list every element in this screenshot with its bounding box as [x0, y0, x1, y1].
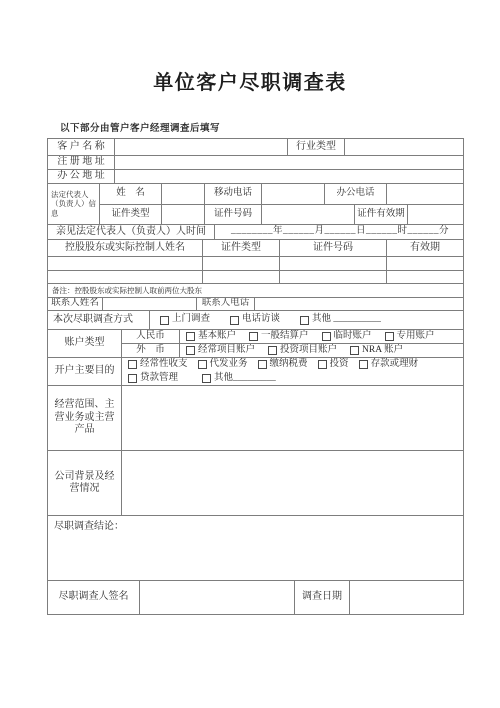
- shareholder-header-row: 控股股东或实际控制人姓名 证件类型 证件号码 有效期: [48, 240, 463, 257]
- checkbox-option: NRA 账户: [350, 345, 403, 357]
- checkbox-icon: [202, 374, 211, 383]
- survey-method-row: 本次尽职调查方式 上门调查 电话访谈 其他 __________: [48, 311, 463, 330]
- shareholder-id-number-header: 证件号码: [280, 240, 387, 256]
- survey-date-value: [350, 581, 463, 614]
- checkbox-option: 经常性收支: [128, 359, 188, 371]
- shareholder-name-header: 控股股东或实际控制人姓名: [48, 240, 203, 256]
- registered-address-value: [115, 156, 463, 169]
- option-label: 其他 __________: [312, 314, 381, 326]
- survey-method-label: 本次尽职调查方式: [48, 311, 150, 329]
- shareholder-validity-header: 有效期: [387, 240, 463, 256]
- checkbox-option: 专用账户: [385, 331, 435, 343]
- option-label: 基本账户: [198, 331, 236, 343]
- industry-type-label: 行业类型: [288, 139, 345, 155]
- signature-row: 尽职调查人签名 调查日期: [48, 581, 463, 614]
- checkbox-icon: [258, 360, 267, 369]
- checkbox-option: 其他_________: [202, 373, 276, 385]
- business-scope-label: 经营范围、主营业务或主营产品: [48, 386, 122, 450]
- shareholder-id-number-value: [280, 271, 387, 283]
- id-number-label: 证件号码: [205, 205, 262, 224]
- shareholder-row-2: [48, 271, 463, 284]
- account-type-label: 账户类型: [48, 330, 122, 357]
- checkbox-option: 经常项目账户: [186, 345, 255, 357]
- rmb-account-options: 基本账户 一般结算户 临时账户 专用账户: [180, 330, 463, 343]
- customer-name-row: 客 户 名 称 行业类型: [48, 139, 463, 156]
- survey-method-options: 上门调查 电话访谈 其他 __________: [150, 311, 463, 329]
- checkbox-option: 临时账户: [322, 331, 372, 343]
- shareholder-id-type-value: [203, 257, 280, 270]
- option-label: 上门调查: [172, 314, 210, 326]
- checkbox-option: 缴纳税费: [258, 359, 308, 371]
- checkbox-option: 上门调查: [160, 314, 210, 326]
- option-label: 贷款管理: [140, 373, 178, 385]
- legal-rep-name-label: 姓 名: [100, 184, 162, 204]
- checkbox-icon: [160, 316, 169, 325]
- shareholder-id-type-header: 证件类型: [203, 240, 280, 256]
- option-label: 投资项目账户: [280, 345, 337, 357]
- option-label: 经常项目账户: [198, 345, 255, 357]
- id-type-label: 证件类型: [100, 205, 162, 224]
- document-page: 单位客户尽职调查表 以下部分由管户客户经理调查后填写 客 户 名 称 行业类型 …: [0, 0, 500, 708]
- account-purpose-label: 开户主要目的: [48, 358, 122, 385]
- legal-rep-name-value: [162, 184, 205, 204]
- option-label: 临时账户: [334, 331, 372, 343]
- checkbox-icon: [359, 360, 368, 369]
- customer-name-label: 客 户 名 称: [48, 139, 115, 155]
- office-address-label: 办 公 地 址: [48, 170, 115, 183]
- signer-value: [140, 581, 295, 614]
- purpose-options-line2: 贷款管理 其他_________: [128, 373, 463, 385]
- company-background-value: [122, 451, 463, 515]
- checkbox-icon: [322, 332, 331, 341]
- option-label: 缴纳税费: [270, 359, 308, 371]
- fx-account-row: 外 币 经常项目账户 投资项目账户 NRA 账户: [122, 344, 463, 357]
- legal-rep-id-row: 证件类型 证件号码 证件有效期: [100, 205, 463, 224]
- checkbox-option: 投资项目账户: [268, 345, 337, 357]
- survey-date-label: 调查日期: [295, 581, 350, 614]
- account-purpose-row: 开户主要目的 经常性收支 代发业务 缴纳税费 投资 存款或理财 贷款管理 其他_…: [48, 358, 463, 386]
- checkbox-icon: [350, 346, 359, 355]
- id-validity-value: [408, 205, 463, 224]
- registered-address-label: 注 册 地 址: [48, 156, 115, 169]
- company-background-label: 公司背景及经营情况: [48, 451, 122, 515]
- option-label: 专用账户: [397, 331, 435, 343]
- checkbox-option: 代发业务: [198, 359, 248, 371]
- conclusion-label: 尽职调查结论：: [48, 516, 463, 580]
- checkbox-icon: [186, 346, 195, 355]
- option-label: 其他_________: [214, 373, 276, 385]
- checkbox-icon: [198, 360, 207, 369]
- shareholder-name-value: [48, 271, 203, 283]
- meet-time-value: ________年______月______日______时______分: [215, 225, 463, 239]
- contact-row: 联系人姓名 联系人电话: [48, 298, 463, 311]
- company-background-row: 公司背景及经营情况: [48, 451, 463, 516]
- checkbox-icon: [300, 316, 309, 325]
- rmb-account-row: 人民币 基本账户 一般结算户 临时账户 专用账户: [122, 330, 463, 344]
- rmb-currency-label: 人民币: [122, 330, 180, 343]
- registered-address-row: 注 册 地 址: [48, 156, 463, 170]
- id-number-value: [262, 205, 355, 224]
- option-label: 经常性收支: [140, 359, 188, 371]
- checkbox-option: 投资: [318, 359, 349, 371]
- mobile-phone-label: 移动电话: [205, 184, 262, 204]
- conclusion-row: 尽职调查结论：: [48, 516, 463, 581]
- contact-name-label: 联系人姓名: [48, 298, 103, 310]
- option-label: 电话访谈: [242, 314, 280, 326]
- form-instruction: 以下部分由管户客户经理调查后填写: [60, 120, 220, 134]
- checkbox-icon: [249, 332, 258, 341]
- checkbox-option: 贷款管理: [128, 373, 178, 385]
- meet-time-label: 亲见法定代表人（负责人）人时间: [48, 225, 215, 239]
- shareholder-id-type-value: [203, 271, 280, 283]
- mobile-phone-value: [262, 184, 325, 204]
- checkbox-option: 其他 __________: [300, 314, 381, 326]
- business-scope-value: [122, 386, 463, 450]
- contact-phone-label: 联系人电话: [197, 298, 255, 310]
- checkbox-icon: [128, 360, 137, 369]
- checkbox-icon: [128, 374, 137, 383]
- checkbox-icon: [186, 332, 195, 341]
- legal-rep-name-row: 姓 名 移动电话 办公电话: [100, 184, 463, 205]
- checkbox-option: 一般结算户: [249, 331, 309, 343]
- id-validity-label: 证件有效期: [355, 205, 408, 224]
- account-type-subtable: 人民币 基本账户 一般结算户 临时账户 专用账户 外 币 经常项目账户 投资项目…: [122, 330, 463, 357]
- shareholder-note-row: 备注：控股股东或实际控制人取前两位大股东: [48, 284, 463, 298]
- checkbox-option: 基本账户: [186, 331, 236, 343]
- office-phone-label: 办公电话: [325, 184, 387, 204]
- meet-time-row: 亲见法定代表人（负责人）人时间 ________年______月______日_…: [48, 225, 463, 240]
- office-phone-value: [387, 184, 463, 204]
- office-address-value: [115, 170, 463, 183]
- shareholder-note: 备注：控股股东或实际控制人取前两位大股东: [48, 284, 463, 297]
- contact-phone-value: [255, 298, 463, 310]
- fx-currency-label: 外 币: [122, 344, 180, 357]
- legal-rep-subtable: 姓 名 移动电话 办公电话 证件类型 证件号码 证件有效期: [100, 184, 463, 224]
- office-address-row: 办 公 地 址: [48, 170, 463, 184]
- fx-account-options: 经常项目账户 投资项目账户 NRA 账户: [180, 344, 463, 357]
- checkbox-option: 存款或理财: [359, 359, 419, 371]
- legal-rep-section: 法定代表人（负责人）信息 姓 名 移动电话 办公电话 证件类型 证件号码 证件有…: [48, 184, 463, 225]
- checkbox-icon: [230, 316, 239, 325]
- contact-name-value: [103, 298, 197, 310]
- option-label: NRA 账户: [362, 345, 403, 357]
- customer-name-value: [115, 139, 288, 155]
- shareholder-name-value: [48, 257, 203, 270]
- legal-rep-section-label: 法定代表人（负责人）信息: [48, 184, 100, 224]
- option-label: 存款或理财: [371, 359, 419, 371]
- checkbox-icon: [318, 360, 327, 369]
- id-type-value: [162, 205, 205, 224]
- shareholder-id-number-value: [280, 257, 387, 270]
- page-title: 单位客户尽职调查表: [0, 66, 500, 95]
- account-purpose-options: 经常性收支 代发业务 缴纳税费 投资 存款或理财 贷款管理 其他________…: [122, 358, 463, 385]
- business-scope-row: 经营范围、主营业务或主营产品: [48, 386, 463, 451]
- option-label: 一般结算户: [261, 331, 309, 343]
- purpose-options-line1: 经常性收支 代发业务 缴纳税费 投资 存款或理财: [128, 359, 463, 371]
- shareholder-row-1: [48, 257, 463, 271]
- checkbox-option: 电话访谈: [230, 314, 280, 326]
- due-diligence-form-table: 客 户 名 称 行业类型 注 册 地 址 办 公 地 址 法定代表人（负责人）信…: [47, 138, 464, 615]
- industry-type-value: [345, 139, 463, 155]
- shareholder-validity-value: [387, 271, 463, 283]
- shareholder-validity-value: [387, 257, 463, 270]
- checkbox-icon: [268, 346, 277, 355]
- signer-label: 尽职调查人签名: [48, 581, 140, 614]
- checkbox-icon: [385, 332, 394, 341]
- option-label: 投资: [330, 359, 349, 371]
- account-type-section: 账户类型 人民币 基本账户 一般结算户 临时账户 专用账户 外 币 经常项目账户: [48, 330, 463, 358]
- option-label: 代发业务: [210, 359, 248, 371]
